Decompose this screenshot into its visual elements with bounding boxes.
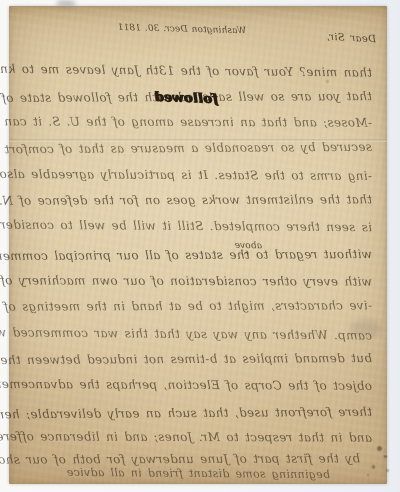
letter-scan: Washington Decr. 30. 1811Dear Sir,than m… [0, 0, 400, 492]
letter-paper [9, 6, 387, 484]
